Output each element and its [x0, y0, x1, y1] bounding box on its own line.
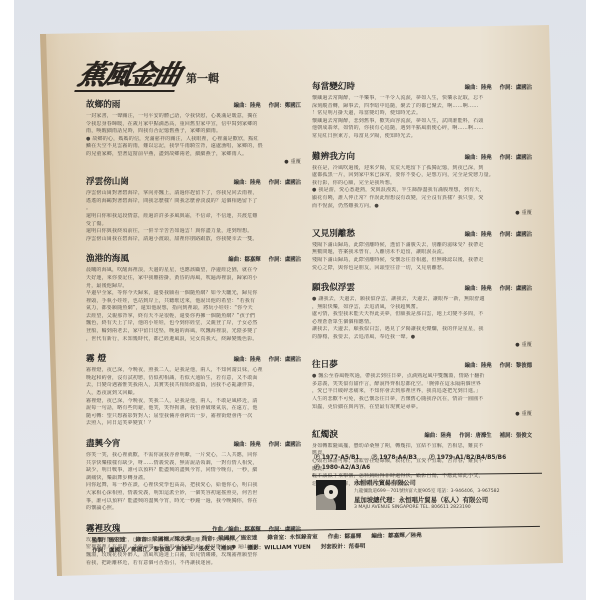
lyric-line: 說每一句話，略有些閃避，他笑，笑得拘謹，我怕會破壞氣氛，在遠方，他	[86, 405, 301, 413]
repeat-marker: ● 重覆	[312, 342, 532, 350]
song-title: 又見別離愁	[312, 227, 355, 239]
song-entry: 浮雲傍山崗編曲：陸堯作詞：盧國沾浮雲傍山崗對著碧海岸，掌向亦飄上，請過你趕留下了…	[86, 175, 301, 243]
song-credits: 編曲：陸堯作詞：盧國沾	[234, 440, 301, 448]
lyric-line: 同你起舞，每一秒在談，心裡快愛學也高高，把我愛心，給他你心，明白我	[86, 482, 301, 490]
lyric-line: ！常見明月掛天邊，每當變幻時，便知時光去。	[312, 110, 532, 118]
lyric-line: 霧裡燈，夜已深，今晚夜，照我二人，是我是他，兩人，不知何謂貝妹，心裡	[86, 367, 301, 375]
lyric-line: 看我，把距離移近，若有意個可否指引，不再讓我迷困。	[86, 560, 301, 568]
lyric-line: 缺少，明日戰事，誰可以預料？能盡興的盡興今宵，同情今晚有，一秒，細	[86, 467, 301, 475]
lyric-line: 令我思身春暉暖，在歲月家中點滴悉高，重回舊里家中宣，信中寫到家鄉的	[86, 121, 301, 129]
lyric-line: 懷緬過去常陶醉，悲到舊事，歡笑面容流淚，夢如人生，試問誰能料，石頭	[312, 118, 532, 126]
lyric-line: 大家相心深相照，情義愛義，明知這派全妙，一個笑容初還搖照亮，何苦世	[86, 490, 301, 498]
lyric-line: 霧裡燈，夜已深，今晚夜，笑我二人，是我是他，兩人，不敢是風移近，請	[86, 398, 301, 406]
song-credits: 編曲：陸堯作詞：盧國沾	[465, 83, 532, 91]
lyric-line: 身如轉絮隨風擺，懸幼命桑無了期，轉幾扣，宜結不宜解，苦相思，難買不	[312, 443, 532, 451]
lyric-line: 殘陽下滿山歸鳥，此際別離時候，透留下滿腹失去，別離的滋味受？我帶走	[312, 242, 532, 250]
song-entry: 又見別離愁編曲：陸堯作詞：盧國沾殘陽下滿山歸鳥，此際別離時候，透留下滿腹失去，別…	[312, 227, 532, 272]
lyric-line: 無數問題，答案我未曾有，人離別未不迫留，讓眼淚長流。	[312, 249, 532, 257]
lyric-line: 深刻縱昔轉，歸事去，四季暗中追隨，聚去了的都已聚去，啊……啊……	[312, 103, 532, 111]
repeat-marker: ● 重覆	[86, 159, 301, 167]
lyric-line: 我在是，冷風吹過後，迎來夕陽，荒荒大地留下了孤獨記憶，到夜已深，到	[312, 165, 532, 173]
lyric-line: 人，悉夜說到又回顧。	[86, 390, 301, 398]
lyric-line: 顯花有曉，誰人仲正常？作誤此理想沒有改變，完全沒有異樣？我只要，愛	[312, 195, 532, 203]
credit: 作詞：盧國沾	[500, 230, 532, 238]
lyrics-block: 一封家書，一聲關注，一句平安的體己語，令我快慰，心裏滿是暖意，獨在令我思身春暉暖…	[86, 113, 301, 166]
lyric-line: 去經望，父親那背掌，終有天不是很輕，還要你再擁一個隨魚網？”孩子們	[86, 313, 301, 321]
credit: 編曲：陸堯	[234, 440, 261, 448]
song-title: 願我似浮雲	[312, 281, 355, 293]
lyric-line: 常見紅日照東方，每當見夕陽，便知時光去。	[312, 133, 532, 141]
credit: 補詞：張俊文	[500, 431, 532, 439]
lyric-line: 的靜穩，我要去，去追清風，奉近我一聲。●	[312, 334, 532, 342]
song-title: 每當變幻時	[312, 80, 355, 92]
lyrics-block: 我在是，冷風吹過後，迎來夕陽，荒荒大地留下了孤獨記憶，到夜已深，到處都孤黑一片，…	[312, 165, 532, 218]
song-entry: 往日夢編曲：陸堯作詞：黎彼德● 飄公至春風輕吹過，帶我去到往日夢，点滴熟起風中雙…	[312, 358, 532, 419]
lyric-line: 愛心之際，與你也是朋友，回頭望往昔一切，又見別離愁。	[312, 265, 532, 273]
lyric-line: ● 我是游，愛心悉趁熱，愛與浪漫衷，半生篩靜盡我有滿腹理想，到有天，	[312, 187, 532, 195]
lyric-line: 飄色，終有天上了岸，他的小娃娃，也今到你經堂，父親登了岸，子女必然	[86, 320, 301, 328]
song-entry: 每當變幻時編曲：陸堯作詞：盧國沾懷緬過去常陶醉，一半樂事，一半令人流淚，夢如人生…	[312, 80, 532, 141]
song-credits: 編曲：陸堯作詞：盧國沾	[465, 153, 532, 161]
lyric-line: 浮雲傍山崗對著碧海岸，掌向亦飄上，請過你趕留下了，你我兒同去雨裡，	[86, 190, 301, 198]
lyric-line: 一封家書，一聲關注，一句平安的體己語，令我快慰，心裏滿是暖意，獨在	[86, 113, 301, 121]
lyric-line: 讓我去，天邊去，願我似白雲，遇見了夕陽讓我更燦爛，我的伴是星星，我	[312, 326, 532, 334]
lyrics-block: 霧裡燈，夜已深，今晚夜，照我二人，是我是他，兩人，不知何謂貝妹，心裡晚起和約會，…	[86, 367, 301, 428]
lyric-line: 遙遙的海鷗對著碧海岸，問我怎麼樣？問我怎麼會淡漠的？這個相遇留下了	[86, 198, 301, 206]
credit-item: 攝影：WILLIAM YUEN	[247, 543, 310, 554]
lyric-line: 。	[86, 205, 301, 213]
agent-address: 3 MAJU AVENUE SINGAPORE TEL. 806611 2823…	[354, 504, 500, 512]
album-logo: 蕉風金曲	[74, 62, 181, 92]
right-column: 每當變幻時編曲：陸堯作詞：盧國沾懷緬過去常陶醉，一半樂事，一半令人流淚，夢如人生…	[312, 80, 532, 497]
catalog-numbers: Ⓟ 1977-A5/B1 Ⓟ 1978-A4/B3 Ⓟ 1979-A1/B2/B…	[314, 453, 516, 473]
song-title: 故鄉的雨	[86, 98, 120, 110]
lyric-line: 殘陽下滿山歸鳥，此際別離時候，受懷念往昔相處，但無緣認以後，我帶走	[312, 257, 532, 265]
song-title: 霧 燈	[86, 352, 106, 364]
lyric-line: 必理蒼蒼眾生個個相應情。	[312, 319, 532, 327]
lyrics-block: 晨曦的海風，吹醒海裡浪，天邊的星星，也應該顧望，浮邊經泛猶，就在今天好運，來你要…	[86, 267, 301, 343]
lyric-line: ● 讓我去，天邊去，願我似浮雲，讓我去，天邊去，讓眼界一新，無限舒適	[312, 296, 532, 304]
song-credits: 編曲：陸堯作詞：黎彼德	[465, 361, 532, 369]
credit: 作詞：盧國沾	[269, 255, 301, 263]
credit: 作詞：盧國沾	[269, 440, 301, 448]
lyric-line: 人生的悲歡不可免，我已懷念往日夢，苦懷舊心隨我浮沉在，情詩一圓圓不	[312, 396, 532, 404]
lyric-line: 事，誰可以預料？能盡興的盡興今宵，時光一秒鐘一過，我今晚獨你，你在	[86, 498, 301, 506]
song-title: 往日夢	[312, 358, 338, 370]
credit: 編曲：陸堯	[465, 83, 492, 91]
credit: 作詞：黎彼德	[500, 361, 532, 369]
lyric-sheet-content: 蕉風金曲 第一輯 故鄉的雨編曲：陸堯作詞：鄭國江一封家書，一聲關注，一句平安的體…	[0, 0, 600, 600]
song-credits: 編曲：陸堯作詞：盧國沾	[234, 355, 301, 363]
lyric-line: 早邊早全家，等你今天歸來，還要我願看一個隨魚網？如今天曬光，歸見你	[86, 290, 301, 298]
credit: 編曲：陸堯	[234, 355, 261, 363]
song-entry: 霧 燈編曲：陸堯作詞：盧國沾霧裡燈，夜已深，今晚夜，照我二人，是我是他，兩人，不…	[86, 352, 301, 428]
record-label-logo-icon	[316, 480, 346, 510]
song-title: 盡興今宵	[86, 437, 120, 449]
catalog-entry: Ⓟ 1978-A4/B3	[371, 455, 416, 461]
lyric-line: ，世代有新行，未知幾時代，都已經遷風浪，兒女真我大，終歸變幾色影。	[86, 336, 301, 344]
lyric-line: 的懷論心照。	[86, 505, 301, 513]
song-title: 浮雲傍山崗	[86, 175, 129, 187]
credit: 編曲：陸堯	[234, 178, 261, 186]
credit: 作詞：盧國沾	[500, 83, 532, 91]
credit: 編曲：陸堯	[465, 153, 492, 161]
catalog-entry: Ⓟ 1979-A1/B2/B4/B5/B6	[429, 455, 506, 461]
song-credits: 編曲：陸堯作詞：盧國沾	[465, 284, 532, 292]
singapore-agent: 星加坡總代理：永恒唱片貿易（私人）有限公司	[354, 496, 500, 504]
song-credits: 編曲：陸堯作詞：盧國沾	[465, 230, 532, 238]
lyric-line: 還明白你和我這段情意，經過許許多多風與霜，不信命，不信運，共渡危難	[86, 213, 301, 221]
credit: 作詞：盧國沾	[500, 153, 532, 161]
lyric-line: ，無限快樂，如浮雲，去追清風，令我超興奮。	[312, 304, 532, 312]
repeat-marker: ● 重覆	[312, 411, 532, 419]
song-entry: 故鄉的雨編曲：陸堯作詞：鄭國江一封家書，一聲關注，一句平安的體己語，令我快慰，心…	[86, 98, 301, 166]
lyrics-block: 浮雲傍山崗對著碧海岸，掌向亦飄上，請過你趕留下了，你我兒同去雨裡，遙遙的海鷗對著…	[86, 190, 301, 243]
credit: 編曲：陸堯	[424, 431, 451, 439]
lyric-line: 共享快樂樣樣有缺少，呀……情義愛義，無需說話領調，一對有情人相愛，	[86, 460, 301, 468]
credit-item: 監製：施宏達	[92, 535, 126, 546]
album-header: 蕉風金曲 第一輯	[78, 62, 219, 92]
credit: 作詞：盧國沾	[500, 284, 532, 292]
lyrics-block: 殘陽下滿山歸鳥，此際別離時候，透留下滿腹失去，別離的滋味受？我帶走無數問題，答案…	[312, 242, 532, 272]
lyric-line: 我行影，你的心願，完全是我所想。	[312, 180, 532, 188]
credit-item: 編曲：鄒嘉輝／陸堯	[371, 531, 422, 542]
lyric-line: 調痛快，樂韻舞步轉身謠。	[86, 475, 301, 483]
song-credits: 編曲：陸堯作詞：盧國沾	[234, 178, 301, 186]
song-entry: 難辨我方向編曲：陸堯作詞：盧國沾我在是，冷風吹過後，迎來夕陽，荒荒大地留下了孤獨…	[312, 150, 532, 218]
credit: 作詞：盧國沾	[269, 178, 301, 186]
lyric-line: 他朝成翡翠，如情的，你我有心追隨，遇到半點風雨便心碎，啊……啊……	[312, 125, 532, 133]
lyric-line: 隨可轉：望只想霧影對對人；屈望我倆亦會跨出一步，霧裡街燈會再一次	[86, 413, 301, 421]
lyric-line: 雨，唤醒細雨話兒時，問我有否記憶舊燕子，家鄉的細雨。	[86, 128, 301, 136]
catalog-entry: Ⓟ 1977-A5/B1	[314, 455, 359, 461]
lyric-line: 處都孤黑一片，回到家中來已深常，要你不要心，是想方向，完全是愛戀力量。	[312, 172, 532, 180]
credit: 編曲：陸堯	[465, 284, 492, 292]
song-credits: 編曲：陸堯作詞：唐滌生補詞：張俊文	[424, 431, 532, 439]
song-entry: 願我似浮雲編曲：陸堯作詞：盧國沾● 讓我去，天邊去，願我似浮雲，讓我去，天邊去，…	[312, 281, 532, 349]
lyric-line: 晨曦的海風，吹醒海裡浪，天邊的星星，也應該顧望，浮邊經泛猶，就在今	[86, 267, 301, 275]
lyric-line: 受了傷。	[86, 221, 301, 229]
credit: 作詞：鄭國江	[269, 101, 301, 109]
lyric-line: 你笑一笑，我心裡就歡，不需你說我亦會明瞭，一片愛心，二人共應，同你	[86, 452, 301, 460]
song-title: 紅燭淚	[312, 428, 338, 440]
lyrics-block: 懷緬過去常陶醉，一半樂事，一半令人流淚，夢如人生，快樂永記取，忘不深刻縱昔轉，歸…	[312, 95, 532, 141]
credit: 編曲：陸堯	[234, 101, 261, 109]
credit: 編曲：陸堯	[465, 230, 492, 238]
lyric-line: 氣力，都要願隨魚網”，還知他說想，指向到裡頭，將玩小娃娃：“你今天	[86, 305, 301, 313]
lyric-line: 舟，最後他歸岸。	[86, 283, 301, 291]
song-entry: 盡興今宵編曲：陸堯作詞：盧國沾你笑一笑，我心裡就歡，不需你說我亦會明瞭，一片愛心…	[86, 437, 301, 513]
company-address: 九龍彌敦道699－701號快富大廈905室 電話：3-946406，3-9675…	[354, 488, 500, 496]
lyric-line: 裡頭，手執小娃娃，也站到岸上，共聽歌送來，他說出他的希望：“若我有	[86, 298, 301, 306]
company-name: 永恒唱片貿易有限公司	[354, 480, 500, 488]
lyric-line: 登船，輪到兩老去，家中留日送堅，晚過的海風，吹飄海裡浪，光陰多變了	[86, 328, 301, 336]
lyric-line: ● 飄公至春風輕吹過，帶我去到往日夢，点滴熟起風中雙飄蕩，情路十翻折	[312, 373, 532, 381]
left-column: 故鄉的雨編曲：陸堯作詞：鄭國江一封家書，一聲關注，一句平安的體己語，令我快慰，心…	[86, 98, 301, 576]
lyric-line: 晚起和約會，沒有試初戀，仿似初相識，若似大通陌生，若有意，又不敢面	[86, 375, 301, 383]
lyric-line: 知蟲，更恰細在與內容，在望最有現實是尋夢。	[312, 404, 532, 412]
lyric-line: 去，日變奇遇霧惟笑我兩人，其實笑我共相始終虛偽，因我不必亂讓伴算，	[86, 382, 301, 390]
credit: 編曲：陸堯	[465, 361, 492, 369]
credit: 作詞：唐滌生	[459, 431, 491, 439]
lyric-line: 去照人，同日這笑夢變質！？	[86, 420, 301, 428]
song-entry: 漁港的海風編曲：鄒嘉輝作詞：盧國沾晨曦的海風，吹醒海裡浪，天邊的星星，也應該顧望…	[86, 252, 301, 343]
catalog-entry: Ⓟ 1980-A2/A3/A6	[314, 465, 370, 471]
lyric-line: 多意義，笑笑似有甜作言，醉說得齊相思都化空。「腕彈在這永隔兩個世界	[312, 381, 532, 389]
song-title: 漁港的海風	[86, 252, 129, 264]
lyric-line: 浮雲傍山崗我在碧海岸，請過小渡頭，甜裡你朋路跟散，你我變幸去一雙。	[86, 236, 301, 244]
lyric-line: ，愛已半日破碎悲痛來，不知你會去到那裡世界，我真追逐把光到日進。」	[312, 388, 532, 396]
credit: 作詞：盧國沾	[269, 355, 301, 363]
credit-item: 封套設計：范春明	[321, 542, 366, 553]
credit: 編曲：鄒嘉輝	[228, 255, 260, 263]
lyric-line: 的兒童家鄉，望著這窗前早燕，盡到故鄉兩老，細細燕子，家鄉雨人。	[86, 151, 301, 159]
lyric-line: 還明白你與我終須前往，一併辛辛苦苦如過雲！與你盡力量，達到理想。	[86, 228, 301, 236]
volume-label: 第一輯	[186, 70, 219, 86]
lyric-line: 懷緬過去常陶醉，一半樂事，一半令人流淚，夢如人生，快樂永記取，忘不	[312, 95, 532, 103]
song-credits: 編曲：陸堯作詞：鄭國江	[234, 101, 301, 109]
lyrics-block: ● 飄公至春風輕吹過，帶我去到往日夢，点滴熟起風中雙飄蕩，情路十翻折多意義，笑笑…	[312, 373, 532, 419]
record-company-block: 永恒唱片貿易有限公司 九龍彌敦道699－701號快富大廈905室 電話：3-94…	[316, 480, 500, 512]
lyrics-block: 你笑一笑，我心裡就歡，不需你說我亦會明瞭，一片愛心，二人共應，同你共享快樂樣樣有…	[86, 452, 301, 513]
lyric-line: 天好運，來你要記住，家中我難捨掛，黃昏的海風，吹遍海裡浪，歸家的小	[86, 275, 301, 283]
repeat-marker: ● 重覆	[312, 210, 532, 218]
lyric-line: 而不悅淚，仍然難我方向。●	[312, 203, 532, 211]
song-credits: 編曲：鄒嘉輝作詞：盧國沾	[228, 255, 301, 263]
credit-item: 作曲：鄒嘉輝	[328, 532, 362, 543]
song-title: 難辨我方向	[312, 150, 355, 162]
lyric-line: ● 故鄉的心，媽媽的信，充滿慈祥的關注，人我眼裡，心裡滿是歡欣，點紅	[86, 136, 301, 144]
lyric-line: 鱗在天空不見雲霧的雨，難以忘記，我學牛雨騎笠背，遠處漁唱，家鄉的，偎	[86, 143, 301, 151]
lyric-line: 處可情，我望我未能天天得此美夢，但願我是那白雲，地上幻變不多問，不	[312, 311, 532, 319]
production-credits: 監製：施宏達錄音：梁國標／梁次棠混音：梁國標／施宏達錄音室：永恒錄音室作曲：鄒嘉…	[92, 531, 422, 556]
lyrics-block: ● 讓我去，天邊去，願我似浮雲，讓我去，天邊去，讓眼界一新，無限舒適，無限快樂，…	[312, 296, 532, 349]
